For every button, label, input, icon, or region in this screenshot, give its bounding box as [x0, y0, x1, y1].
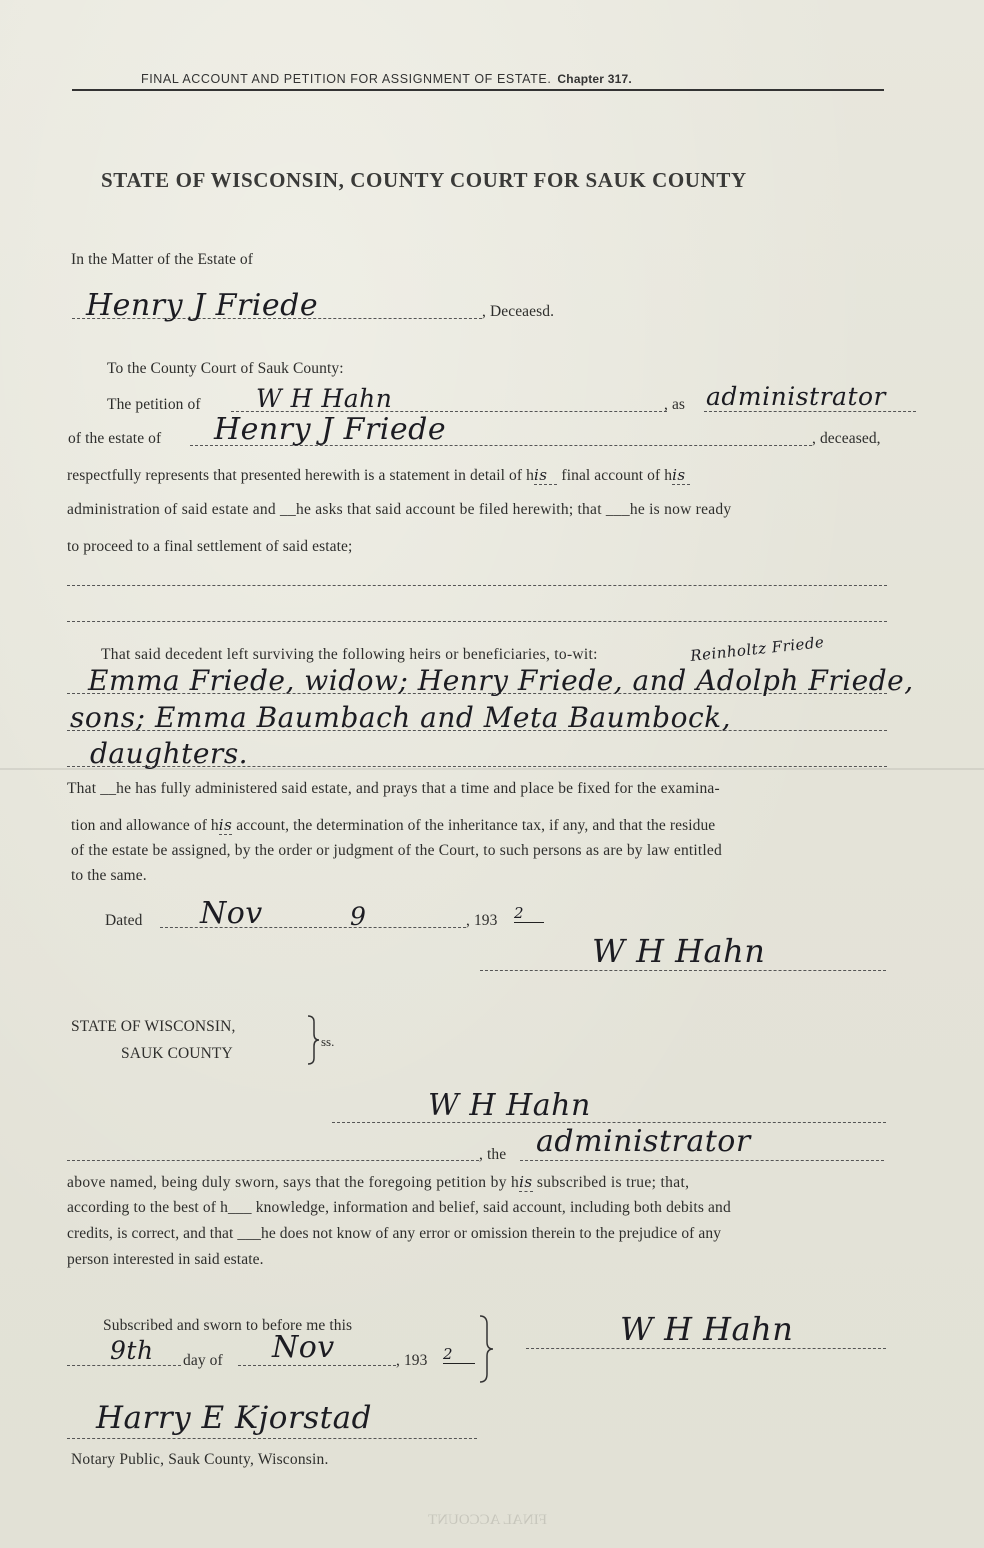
prayer-line-1: That __he has fully administered said es…	[67, 780, 720, 798]
deceased-comma-label: , deceased,	[812, 430, 881, 448]
document-page: FINAL ACCOUNT AND PETITION FOR ASSIGNMEN…	[0, 0, 984, 1548]
estate-name-field[interactable]: Henry J Friede	[214, 412, 446, 447]
petition-of-label: The petition of	[107, 396, 201, 414]
oath-line-1: above named, being duly sworn, says that…	[67, 1173, 689, 1192]
pronoun-field-1[interactable]: is	[534, 466, 558, 485]
heirs-intro: That said decedent left surviving the fo…	[101, 646, 598, 664]
oath-line-4: person interested in said estate.	[67, 1251, 264, 1269]
form-title: FINAL ACCOUNT AND PETITION FOR ASSIGNMEN…	[141, 72, 551, 86]
jurat-year-prefix: , 193	[396, 1352, 428, 1370]
matter-label: In the Matter of the Estate of	[71, 251, 253, 269]
prayer-line-4: to the same.	[71, 867, 147, 885]
dated-year-prefix: , 193	[466, 912, 498, 930]
pronoun-field-2[interactable]: is	[672, 466, 690, 485]
heirs-line-3[interactable]: daughters.	[90, 737, 248, 770]
oath-the-label: , the	[479, 1146, 506, 1164]
salutation: To the County Court of Sauk County:	[107, 360, 344, 378]
deceased-label: , Deceaesd.	[482, 303, 554, 321]
dated-label: Dated	[105, 912, 143, 930]
jurat-day-rule	[67, 1365, 181, 1366]
oath-role-field[interactable]: administrator	[536, 1124, 751, 1159]
pronoun-field-3[interactable]: is	[219, 816, 233, 835]
heirs-line-1[interactable]: Emma Friede, widow; Henry Friede, and Ad…	[88, 664, 914, 697]
affiant-second-rule	[67, 1160, 479, 1161]
prayer-line-2-text: tion and allowance of h	[71, 817, 219, 834]
oath-line-2: according to the best of h___ knowledge,…	[67, 1199, 731, 1217]
jurat-brace	[478, 1314, 494, 1384]
jurat-year-field[interactable]: 2	[443, 1345, 475, 1364]
dated-year-field[interactable]: 2	[514, 904, 544, 923]
decedent-name-field[interactable]: Henry J Friede	[86, 288, 318, 323]
court-title: STATE OF WISCONSIN, COUNTY COURT FOR SAU…	[101, 168, 747, 193]
dated-day-field[interactable]: 9	[350, 902, 366, 931]
petition-line-4: administration of said estate and __he a…	[67, 501, 731, 519]
blank-line-2[interactable]	[67, 621, 887, 622]
bleedthrough-text: FINAL ACCOUNT	[428, 1512, 547, 1529]
affiant-field-rule	[332, 1122, 886, 1123]
prayer-line-2-text-b: account, the determination of the inheri…	[232, 817, 715, 834]
venue-brace	[306, 1014, 320, 1066]
petition-signature-rule	[480, 970, 886, 971]
oath-line-1-text-b: subscribed is true; that,	[533, 1174, 690, 1191]
notary-signature-rule	[67, 1438, 477, 1439]
pronoun-field-4[interactable]: is	[519, 1173, 533, 1192]
role-field[interactable]: administrator	[706, 382, 886, 411]
petition-line-5: to proceed to a final settlement of said…	[67, 538, 352, 556]
jurat-month-rule	[238, 1365, 396, 1366]
petition-line-3-text-b: final account of h	[557, 467, 672, 484]
affiant-name-field[interactable]: W H Hahn	[428, 1088, 591, 1123]
petition-line-3: respectfully represents that presented h…	[67, 466, 690, 485]
oath-line-1-text: above named, being duly sworn, says that…	[67, 1174, 519, 1191]
brace-icon	[478, 1314, 494, 1384]
jurat-day-of-label: day of	[183, 1352, 223, 1370]
jurat-month-field[interactable]: Nov	[272, 1330, 335, 1365]
venue-county: SAUK COUNTY	[121, 1045, 233, 1063]
venue-ss: ss.	[321, 1034, 334, 1050]
petitioner-name-field[interactable]: W H Hahn	[256, 384, 392, 413]
brace-icon	[306, 1014, 320, 1066]
notary-title: Notary Public, Sauk County, Wisconsin.	[71, 1451, 329, 1469]
role-field-rule	[704, 411, 916, 412]
prayer-line-3: of the estate be assigned, by the order …	[71, 842, 722, 860]
prayer-line-2: tion and allowance of his account, the d…	[71, 816, 715, 835]
jurat-day-field[interactable]: 9th	[110, 1336, 154, 1365]
blank-line-1[interactable]	[67, 585, 887, 586]
jurat-affiant-rule	[526, 1348, 886, 1349]
petition-signature[interactable]: W H Hahn	[592, 932, 765, 970]
heirs-line-2[interactable]: sons; Emma Baumbach and Meta Baumbock,	[70, 701, 731, 734]
header-rule	[72, 89, 884, 91]
venue-state: STATE OF WISCONSIN,	[71, 1018, 235, 1036]
heirs-insertion[interactable]: Reinholtz Friede	[689, 633, 825, 665]
petition-line-3-text: respectfully represents that presented h…	[67, 467, 534, 484]
form-header: FINAL ACCOUNT AND PETITION FOR ASSIGNMEN…	[141, 72, 632, 86]
as-label: , as	[664, 396, 685, 414]
notary-signature[interactable]: Harry E Kjorstad	[96, 1400, 372, 1436]
chapter-number: Chapter 317.	[557, 72, 631, 86]
jurat-affiant-signature[interactable]: W H Hahn	[620, 1310, 793, 1348]
estate-of-label: of the estate of	[68, 430, 161, 448]
oath-role-rule	[520, 1160, 884, 1161]
dated-month-field[interactable]: Nov	[200, 896, 263, 931]
oath-line-3: credits, is correct, and that ___he does…	[67, 1225, 721, 1243]
